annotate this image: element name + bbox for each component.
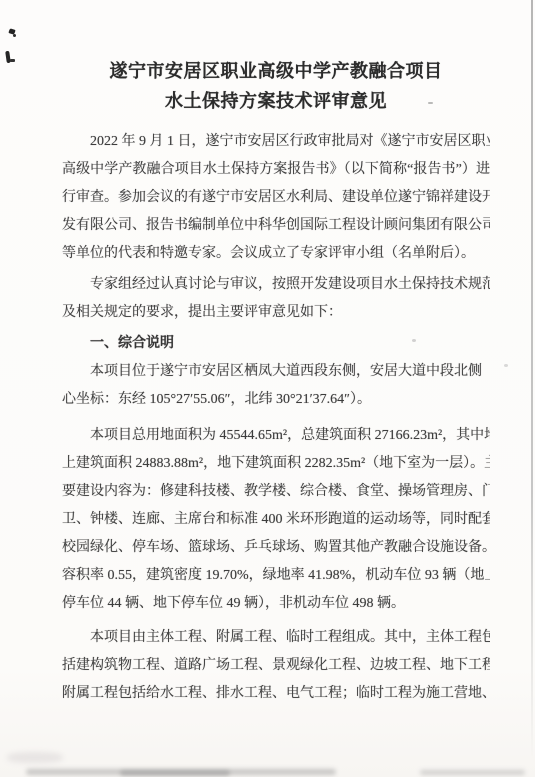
body-line: 停车位 44 辆、地下停车位 49 辆），非机动车位 498 辆。	[62, 590, 490, 618]
scan-mark	[10, 59, 15, 62]
body-line: 2022 年 9 月 1 日，遂宁市安居区行政审批局对《遂宁市安居区职业	[62, 128, 490, 156]
paragraph-project-composition: 本项目由主体工程、附属工程、临时工程组成。其中，主体工程包 括建构筑物工程、道路…	[62, 624, 490, 708]
body-line: 校园绿化、停车场、篮球场、乒乓球场、购置其他产教融合设施设备。	[62, 534, 490, 562]
body-line: 卫、钟楼、连廊、主席台和标准 400 米环形跑道的运动场等，同时配套	[62, 506, 490, 534]
body-line: 附属工程包括给水工程、排水工程、电气工程；临时工程为施工营地、	[62, 680, 490, 708]
scan-mark	[5, 51, 11, 63]
page-bottom-shadow	[120, 770, 230, 776]
body-line: 括建构筑物工程、道路广场工程、景观绿化工程、边坡工程、地下工程；	[62, 652, 490, 680]
paragraph-location: 本项目位于遂宁市安居区栖凤大道西段东侧，安居大道中段北侧（中 心坐标：东经 10…	[62, 358, 490, 414]
body-line: 本项目由主体工程、附属工程、临时工程组成。其中，主体工程包	[62, 624, 490, 652]
section-heading-overview: 一、综合说明	[62, 330, 490, 358]
page-bottom-shadow	[26, 769, 336, 775]
paragraph-project-scale: 本项目总用地面积为 45544.65m²，总建筑面积 27166.23m²，其中…	[62, 422, 490, 618]
paragraph-review-intro: 2022 年 9 月 1 日，遂宁市安居区行政审批局对《遂宁市安居区职业 高级中…	[62, 128, 490, 268]
document-content: 遂宁市安居区职业高级中学产教融合项目 水土保持方案技术评审意见 2022 年 9…	[62, 56, 490, 711]
body-line: 心坐标：东经 105°27′55.06″，北纬 30°21′37.64″）。	[62, 386, 490, 414]
body-line: 等单位的代表和特邀专家。会议成立了专家评审小组（名单附后）。	[62, 240, 490, 268]
body-line: 容积率 0.55，建筑密度 19.70%，绿地率 41.98%，机动车位 93 …	[62, 562, 490, 590]
body-line: 行审查。参加会议的有遂宁市安居区水利局、建设单位遂宁锦祥建设开	[62, 184, 490, 212]
scan-mark	[13, 34, 16, 37]
page-bottom-shadow	[420, 770, 525, 775]
scanned-document-page: 遂宁市安居区职业高级中学产教融合项目 水土保持方案技术评审意见 2022 年 9…	[0, 0, 535, 777]
body-line: 专家组经过认真讨论与审议，按照开发建设项目水土保持技术规范	[62, 271, 490, 299]
scan-speck	[504, 364, 508, 367]
title-line: 水土保持方案技术评审意见	[62, 86, 490, 116]
body-line: 本项目位于遂宁市安居区栖凤大道西段东侧，安居大道中段北侧（中	[62, 358, 490, 386]
scan-smudge	[7, 752, 63, 763]
body-line: 上建筑面积 24883.88m²，地下建筑面积 2282.35m²（地下室为一层…	[62, 450, 490, 478]
body-line: 高级中学产教融合项目水土保持方案报告书》（以下简称“报告书”）进	[62, 156, 490, 184]
section-heading: 一、综合说明	[62, 330, 490, 358]
document-title: 遂宁市安居区职业高级中学产教融合项目 水土保持方案技术评审意见	[62, 56, 490, 116]
paragraph-expert-opinion: 专家组经过认真讨论与审议，按照开发建设项目水土保持技术规范 及相关规定的要求，提…	[62, 271, 490, 327]
page-edge-line	[531, 0, 533, 760]
body-line: 发有限公司、报告书编制单位中科华创国际工程设计顾问集团有限公司	[62, 212, 490, 240]
body-line: 及相关规定的要求，提出主要评审意见如下：	[62, 299, 490, 327]
scan-mark	[8, 28, 15, 35]
body-line: 要建设内容为：修建科技楼、教学楼、综合楼、食堂、操场管理房、门	[62, 478, 490, 506]
title-line: 遂宁市安居区职业高级中学产教融合项目	[62, 56, 490, 86]
body-line: 本项目总用地面积为 45544.65m²，总建筑面积 27166.23m²，其中…	[62, 422, 490, 450]
